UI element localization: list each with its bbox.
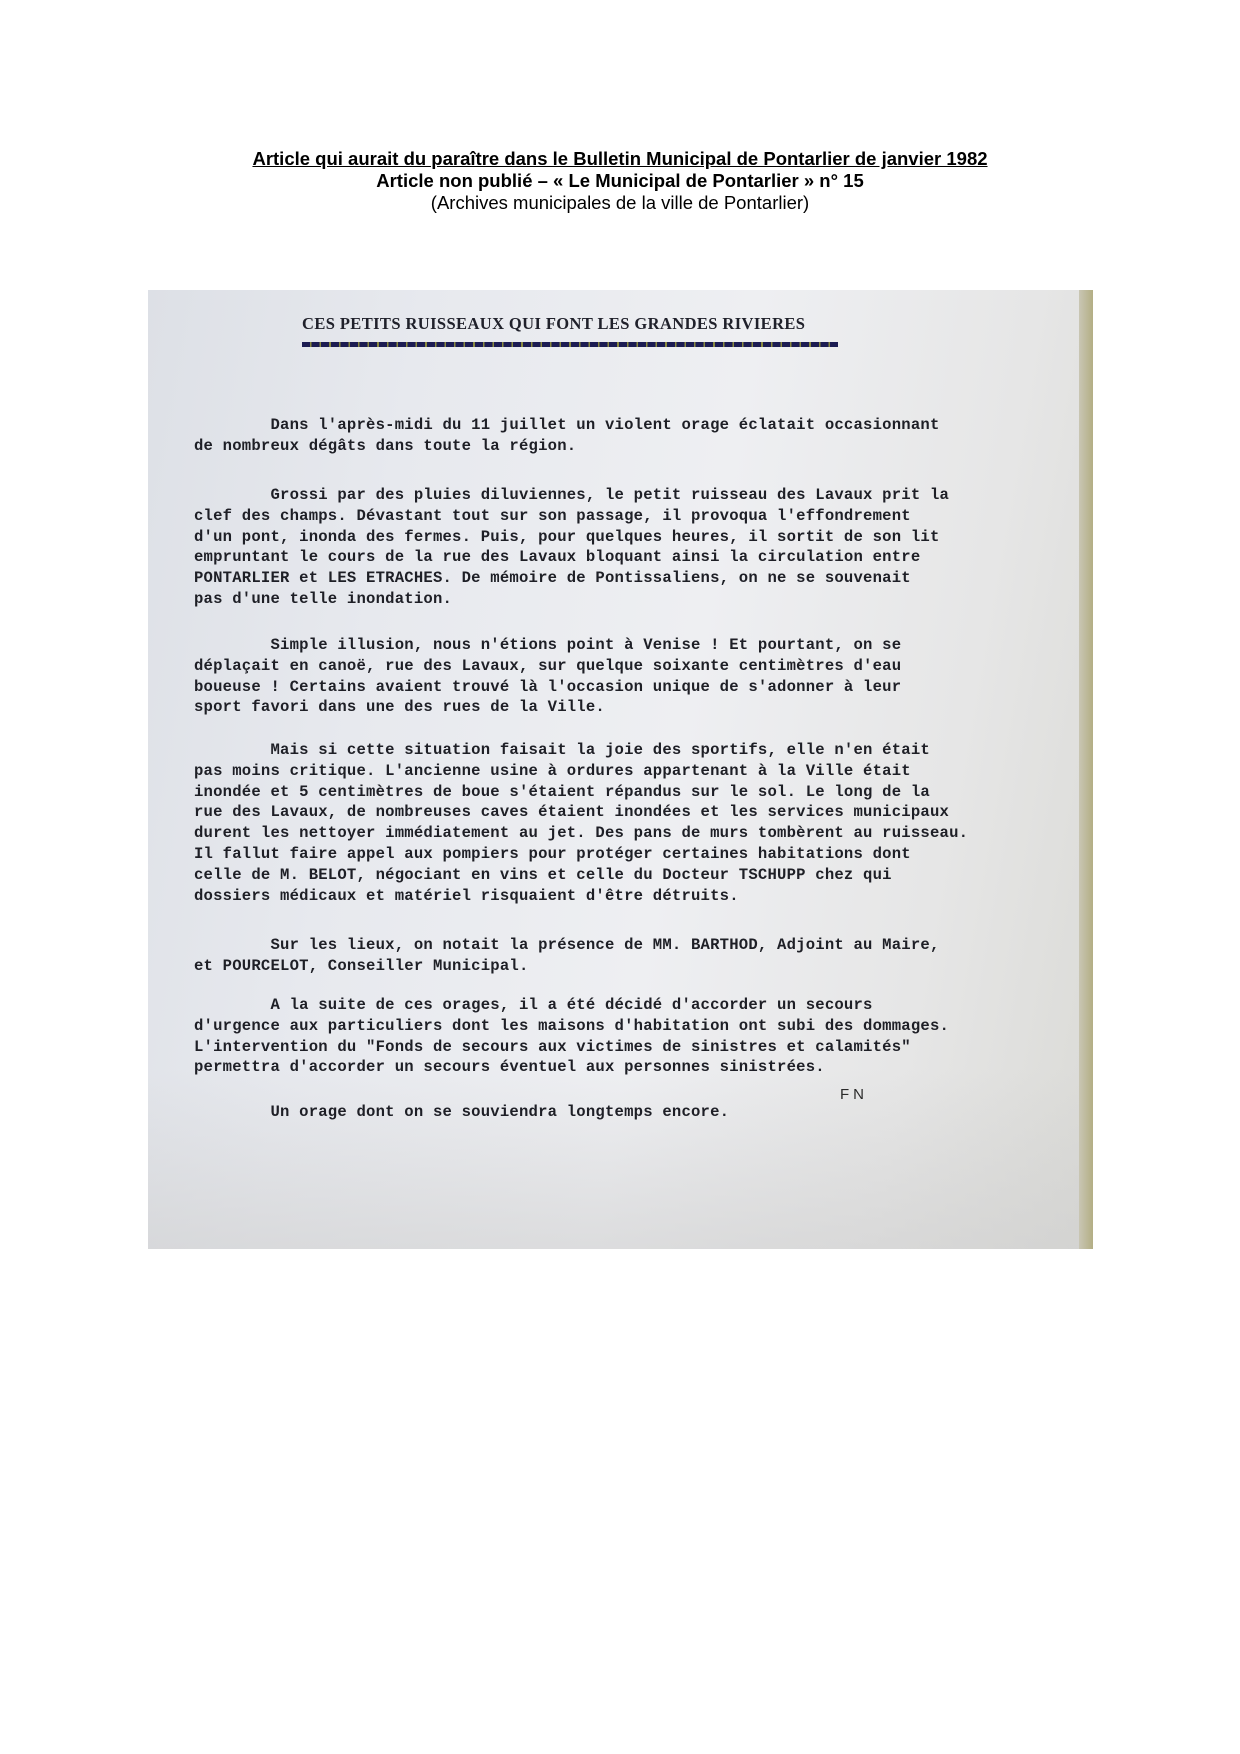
paragraph-line: sport favori dans une des rues de la Vil… [194,697,901,718]
paragraph-line: de nombreux dégâts dans toute la région. [194,436,940,457]
paragraph-line: Sur les lieux, on notait la présence de … [194,935,940,956]
paragraph-line: dossiers médicaux et matériel risquaient… [194,886,968,907]
article-paragraph: Sur les lieux, on notait la présence de … [194,935,940,977]
article-paragraph: Grossi par des pluies diluviennes, le pe… [194,485,949,610]
paragraph-line: Grossi par des pluies diluviennes, le pe… [194,485,949,506]
header-title: Article qui aurait du paraître dans le B… [0,148,1240,170]
article-paragraph: Simple illusion, nous n'étions point à V… [194,635,901,718]
article-paragraph: Dans l'après-midi du 11 juillet un viole… [194,415,940,457]
paragraph-line: et POURCELOT, Conseiller Municipal. [194,956,940,977]
paragraph-line: inondée et 5 centimètres de boue s'étaie… [194,782,968,803]
paragraph-line: Dans l'après-midi du 11 juillet un viole… [194,415,940,436]
paragraph-line: PONTARLIER et LES ETRACHES. De mémoire d… [194,568,949,589]
paragraph-line: déplaçait en canoë, rue des Lavaux, sur … [194,656,901,677]
paragraph-line: Un orage dont on se souviendra longtemps… [194,1102,729,1123]
paragraph-line: Simple illusion, nous n'étions point à V… [194,635,901,656]
paragraph-line: permettra d'accorder un secours éventuel… [194,1057,949,1078]
paragraph-line: pas d'une telle inondation. [194,589,949,610]
paragraph-line: L'intervention du "Fonds de secours aux … [194,1037,949,1058]
paragraph-line: rue des Lavaux, de nombreuses caves étai… [194,802,968,823]
header-subtitle: Article non publié – « Le Municipal de P… [0,170,1240,192]
title-underline-rule [302,342,838,347]
paragraph-line: durent les nettoyer immédiatement au jet… [194,823,968,844]
article-signature: FN [840,1086,868,1103]
article-paragraph: Mais si cette situation faisait la joie … [194,740,968,906]
article-title: CES PETITS RUISSEAUX QUI FONT LES GRANDE… [302,314,805,334]
document-header: Article qui aurait du paraître dans le B… [0,148,1240,214]
paragraph-line: A la suite de ces orages, il a été décid… [194,995,949,1016]
article-paragraph: A la suite de ces orages, il a été décid… [194,995,949,1078]
paragraph-line: d'urgence aux particuliers dont les mais… [194,1016,949,1037]
paragraph-line: d'un pont, inonda des fermes. Puis, pour… [194,527,949,548]
scanned-article-image: CES PETITS RUISSEAUX QUI FONT LES GRANDE… [148,290,1093,1249]
paragraph-line: boueuse ! Certains avaient trouvé là l'o… [194,677,901,698]
paragraph-line: Mais si cette situation faisait la joie … [194,740,968,761]
header-source: (Archives municipales de la ville de Pon… [0,192,1240,214]
paragraph-line: empruntant le cours de la rue des Lavaux… [194,547,949,568]
paragraph-line: pas moins critique. L'ancienne usine à o… [194,761,968,782]
article-paragraph: Un orage dont on se souviendra longtemps… [194,1102,729,1123]
paragraph-line: clef des champs. Dévastant tout sur son … [194,506,949,527]
paragraph-line: Il fallut faire appel aux pompiers pour … [194,844,968,865]
paragraph-line: celle de M. BELOT, négociant en vins et … [194,865,968,886]
